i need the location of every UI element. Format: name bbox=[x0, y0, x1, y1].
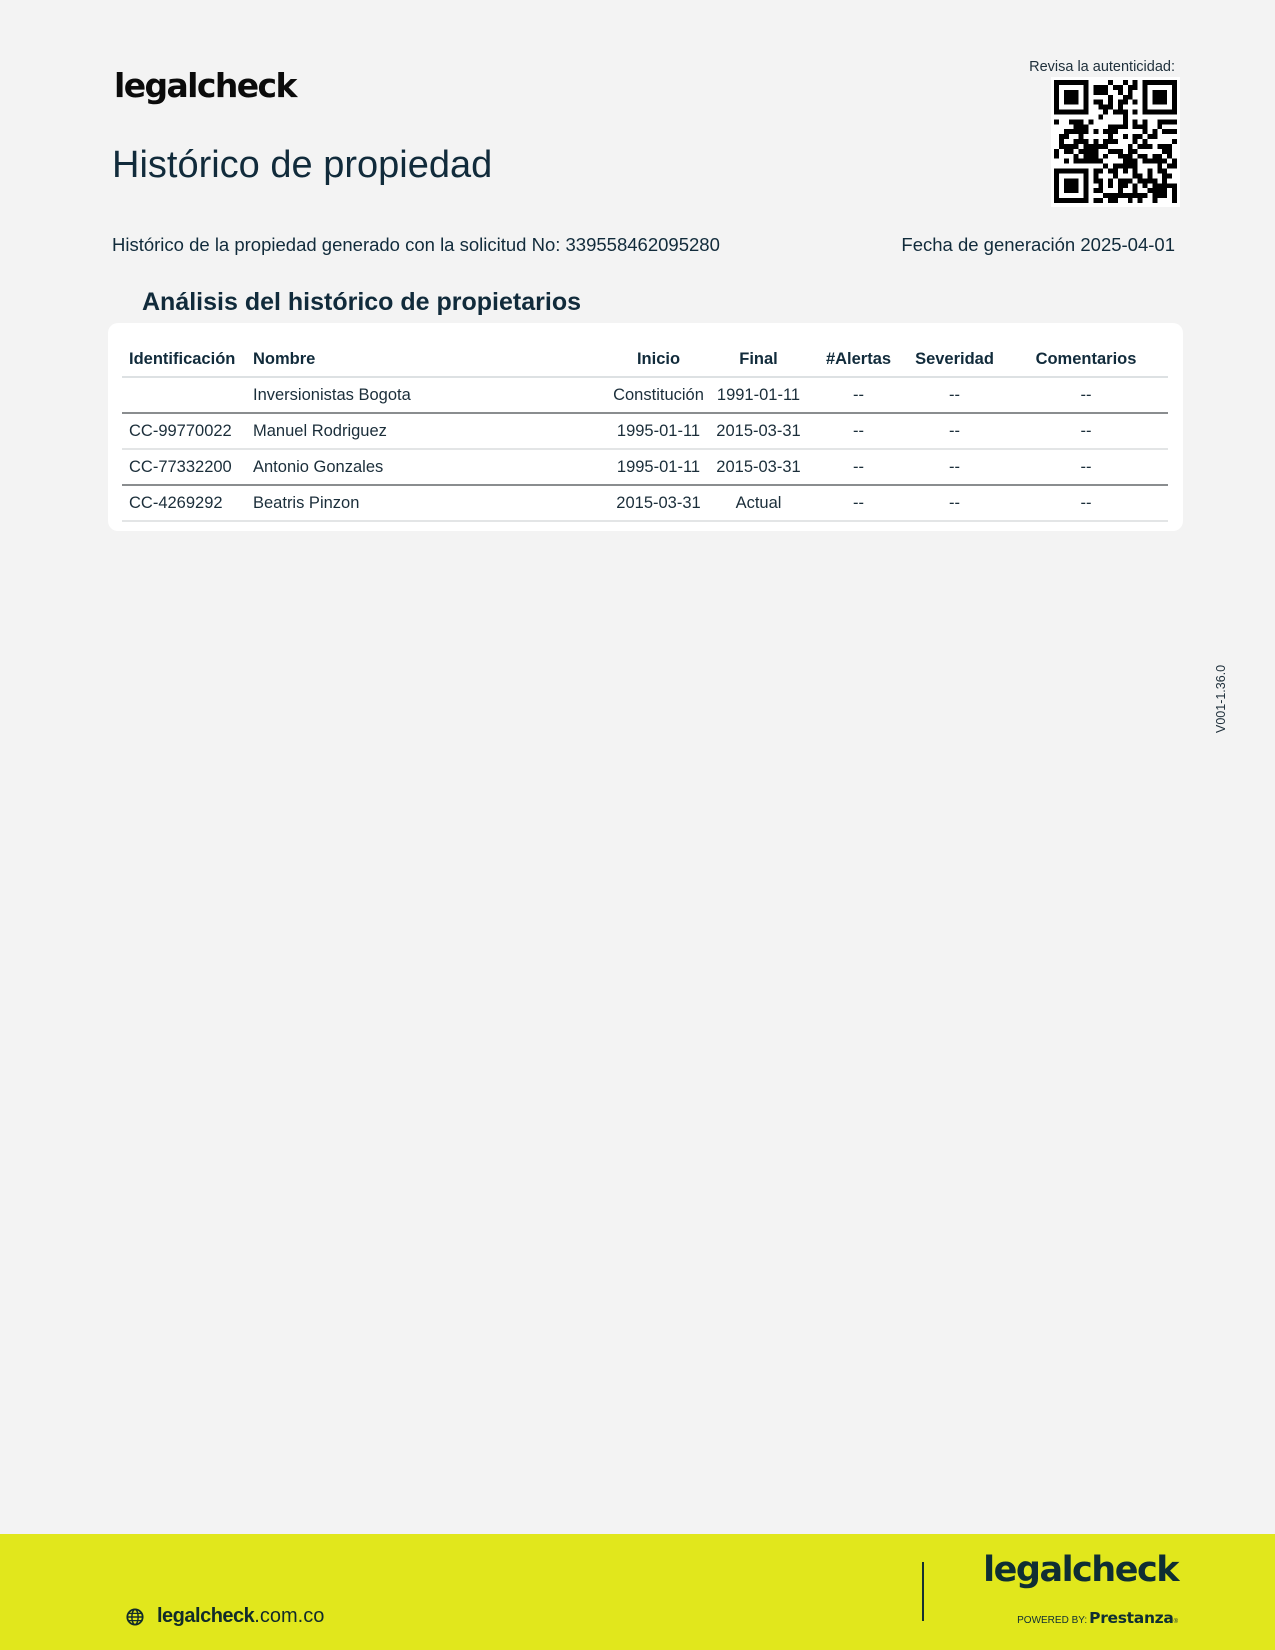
cell-comments: -- bbox=[997, 413, 1168, 449]
owners-history-card: Identificación Nombre Inicio Final #Aler… bbox=[108, 323, 1183, 531]
cell-alerts: -- bbox=[805, 413, 905, 449]
cell-start: 1995-01-11 bbox=[605, 449, 705, 485]
registered-mark: ® bbox=[1174, 1619, 1178, 1625]
prestanza-logo: Prestanza bbox=[1089, 1609, 1173, 1627]
cell-name: Inversionistas Bogota bbox=[246, 377, 605, 413]
cell-comments: -- bbox=[997, 377, 1168, 413]
cell-id bbox=[122, 377, 246, 413]
cell-end: 2015-03-31 bbox=[705, 413, 805, 449]
cell-id: CC-99770022 bbox=[122, 413, 246, 449]
column-header-alertas: #Alertas bbox=[805, 343, 905, 377]
website-domain-bold: legalcheck bbox=[157, 1605, 254, 1628]
column-header-identificacion: Identificación bbox=[122, 343, 246, 377]
column-header-nombre: Nombre bbox=[246, 343, 605, 377]
cell-alerts: -- bbox=[805, 485, 905, 521]
table-row: CC-99770022 Manuel Rodriguez 1995-01-11 … bbox=[122, 413, 1168, 449]
table-header-row: Identificación Nombre Inicio Final #Aler… bbox=[122, 343, 1168, 377]
cell-end: 1991-01-11 bbox=[705, 377, 805, 413]
cell-start: 2015-03-31 bbox=[605, 485, 705, 521]
footer-divider bbox=[922, 1562, 924, 1621]
cell-end: Actual bbox=[705, 485, 805, 521]
cell-name: Manuel Rodriguez bbox=[246, 413, 605, 449]
cell-id: CC-4269292 bbox=[122, 485, 246, 521]
cell-severity: -- bbox=[905, 377, 997, 413]
globe-icon bbox=[126, 1608, 144, 1626]
cell-comments: -- bbox=[997, 449, 1168, 485]
website-link[interactable]: legalcheck.com.co bbox=[126, 1605, 324, 1628]
request-number-text: Histórico de la propiedad generado con l… bbox=[112, 234, 720, 256]
generation-date-text: Fecha de generación 2025-04-01 bbox=[901, 234, 1175, 256]
cell-name: Antonio Gonzales bbox=[246, 449, 605, 485]
cell-severity: -- bbox=[905, 449, 997, 485]
owners-history-table: Identificación Nombre Inicio Final #Aler… bbox=[122, 343, 1168, 522]
table-row: CC-77332200 Antonio Gonzales 1995-01-11 … bbox=[122, 449, 1168, 485]
column-header-final: Final bbox=[705, 343, 805, 377]
cell-alerts: -- bbox=[805, 377, 905, 413]
table-row: Inversionistas Bogota Constitución 1991-… bbox=[122, 377, 1168, 413]
footer-legalcheck-logo: legalcheck bbox=[983, 1550, 1178, 1590]
table-row: CC-4269292 Beatris Pinzon 2015-03-31 Act… bbox=[122, 485, 1168, 521]
cell-name: Beatris Pinzon bbox=[246, 485, 605, 521]
cell-severity: -- bbox=[905, 485, 997, 521]
cell-alerts: -- bbox=[805, 449, 905, 485]
cell-severity: -- bbox=[905, 413, 997, 449]
section-title: Análisis del histórico de propietarios bbox=[142, 288, 581, 317]
cell-id: CC-77332200 bbox=[122, 449, 246, 485]
website-domain-suffix: .com.co bbox=[254, 1605, 324, 1628]
cell-start: 1995-01-11 bbox=[605, 413, 705, 449]
qr-code-icon[interactable] bbox=[1051, 77, 1180, 207]
legalcheck-logo: legalcheck bbox=[114, 66, 296, 105]
powered-by-label: POWERED BY: bbox=[1017, 1615, 1087, 1626]
column-header-comentarios: Comentarios bbox=[997, 343, 1168, 377]
footer: legalcheck.com.co legalcheck POWERED BY:… bbox=[0, 1534, 1275, 1650]
cell-end: 2015-03-31 bbox=[705, 449, 805, 485]
page-title: Histórico de propiedad bbox=[112, 144, 492, 187]
column-header-inicio: Inicio bbox=[605, 343, 705, 377]
version-label: V001-1.36.0 bbox=[1214, 665, 1228, 733]
cell-comments: -- bbox=[997, 485, 1168, 521]
cell-start: Constitución bbox=[605, 377, 705, 413]
column-header-severidad: Severidad bbox=[905, 343, 997, 377]
authenticity-label: Revisa la autenticidad: bbox=[1029, 59, 1175, 75]
powered-by: POWERED BY: Prestanza ® bbox=[1017, 1609, 1178, 1627]
